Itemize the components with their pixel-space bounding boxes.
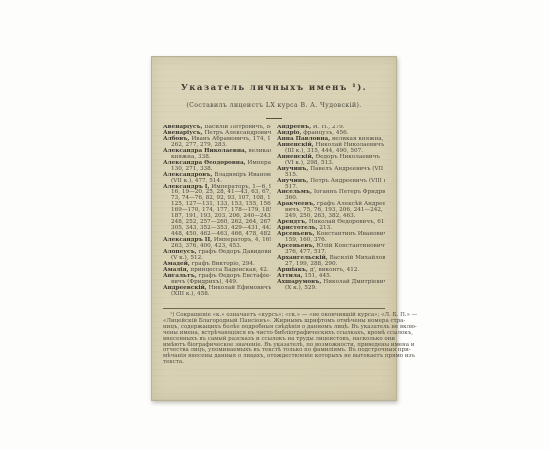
footnote: ¹) Сокращеніе «к.» означаетъ «курсъ»; «с… <box>163 308 385 366</box>
page-content: Указатель личныхъ именъ ¹). (Составилъ л… <box>152 57 396 366</box>
scan-background: Указатель личныхъ именъ ¹). (Составилъ л… <box>0 0 550 450</box>
book-page: Указатель личныхъ именъ ¹). (Составилъ л… <box>151 56 397 401</box>
entry-surname: Ахшарумовъ, <box>277 279 321 285</box>
entry-surname: Ангальтъ, <box>163 273 197 279</box>
entry-surname: Албовъ, <box>163 136 190 142</box>
entry-surname: Александровъ, <box>163 172 213 178</box>
footnote-line: текста. <box>163 360 385 366</box>
entry-surname: Анучинъ, <box>277 166 308 172</box>
page-subtitle: (Составилъ лицеистъ LX курса В. А. Чудов… <box>163 102 385 109</box>
entry-surname: Александра Ѳеодоровна, <box>163 160 246 166</box>
entry-surname: Андреевскій, <box>163 285 207 291</box>
footnote-line: мѣчанія внесены данныя о лицахъ, отождес… <box>163 354 385 360</box>
title-divider <box>266 118 282 119</box>
entry-surname: Анненскій, <box>277 154 314 160</box>
page-title: Указатель личныхъ именъ ¹). <box>163 83 385 93</box>
entry-surname: Анучинъ, <box>277 178 308 184</box>
index-entry-line: (XIII к.), 458. <box>163 292 271 298</box>
entry-surname: Анненскій, <box>277 142 314 148</box>
index-entry-line: (X к.), 529. <box>277 286 385 292</box>
index-right-column: Андреевъ, И. Н., 279.Андріо, французъ, 4… <box>277 125 385 299</box>
entry-surname: Александра Николаевна, <box>163 148 247 154</box>
index-columns: Авенаріусъ, Василій Петровичъ, 84.Авенар… <box>163 125 385 299</box>
index-left-column: Авенаріусъ, Василій Петровичъ, 84.Авенар… <box>163 125 271 299</box>
